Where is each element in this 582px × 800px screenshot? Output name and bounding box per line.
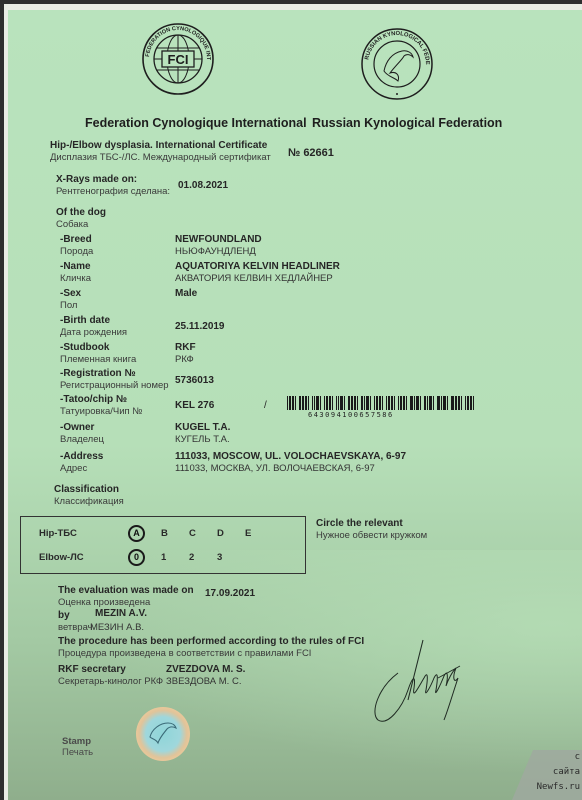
circle-note-ru: Нужное обвести кружком (316, 530, 427, 542)
evaluation-label-en: The evaluation was made on (58, 585, 194, 597)
breed-value: NEWFOUNDLANDНЬЮФАУНДЛЕНД (175, 234, 262, 258)
tattoo-value: KEL 276 (175, 400, 214, 412)
circle-note-en: Circle the relevant (316, 518, 403, 530)
signature-icon (368, 638, 478, 728)
procedure-ru: Процедура произведена в соответствии с п… (58, 648, 311, 660)
classification-label-en: Classification (54, 484, 119, 496)
classification-box: Hip-ТБС Elbow-ЛС ABCDE0123 (20, 516, 306, 574)
xrays-label-ru: Рентгенография сделана: (56, 186, 170, 198)
vet-name-ru: МЕЗИН А.В. (90, 622, 144, 634)
secretary-name-en: ZVEZDOVA M. S. (166, 664, 245, 676)
fci-name: Federation Cynologique International (85, 116, 307, 130)
studbook-label: -StudbookПлеменная книга (60, 342, 136, 366)
studbook-value: RKFРКФ (175, 342, 196, 366)
evaluation-date: 17.09.2021 (205, 588, 255, 600)
name-label: -NameКличка (60, 261, 91, 285)
secretary-label-en: RKF secretary (58, 664, 126, 676)
registration-value: 5736013 (175, 375, 214, 387)
chip-number: 643094100657586 (308, 411, 394, 419)
chip-barcode-icon (287, 396, 477, 410)
xrays-label-en: X-Rays made on: (56, 174, 137, 186)
by-label-en: by (58, 610, 70, 622)
secretary-name-ru: ЗВЕЗДОВА М. С. (166, 676, 241, 688)
hip-grade-d: D (217, 528, 224, 539)
hip-grade-a: A (128, 525, 145, 542)
birth-date-value: 25.11.2019 (175, 321, 225, 333)
certificate-title-ru: Дисплазия ТБС-/ЛС. Международный сертифи… (50, 152, 271, 164)
name-value: AQUATORIYA KELVIN HEADLINERАКВАТОРИЯ КЕЛ… (175, 261, 340, 285)
hip-label: Hip-ТБС (39, 528, 77, 539)
elbow-grade-0: 0 (128, 549, 145, 566)
hologram-stamp-icon (136, 707, 190, 761)
by-label-ru: ветврач (58, 622, 93, 634)
address-value: 111033, MOSCOW, UL. VOLOCHAEVSKAYA, 6-97… (175, 451, 406, 475)
owner-value: KUGEL T.A.КУГЕЛЬ Т.А. (175, 422, 230, 446)
hip-grade-c: C (189, 528, 196, 539)
rkf-logo-icon: RUSSIAN KYNOLOGICAL FEDERATION (360, 27, 434, 101)
watermark-line-2: сайта (553, 767, 580, 777)
owner-label: -OwnerВладелец (60, 422, 104, 446)
dog-section-ru: Собака (56, 219, 88, 231)
hip-grade-e: E (245, 528, 251, 539)
secretary-label-ru: Секретарь-кинолог РКФ (58, 676, 163, 688)
elbow-label: Elbow-ЛС (39, 552, 84, 563)
tattoo-chip-label: -Tatoo/chip №Татуировка/Чип № (60, 394, 142, 418)
fci-logo-icon: FCI FEDERATION CYNOLOGIQUE INTERNATIONAL… (141, 22, 215, 96)
watermark-line-1: с (575, 752, 580, 762)
vet-name-en: MEZIN A.V. (95, 608, 147, 620)
procedure-en: The procedure has been performed accordi… (58, 636, 364, 648)
sex-label: -SexПол (60, 288, 81, 312)
xrays-date: 01.08.2021 (178, 180, 228, 192)
chip-separator: / (264, 400, 267, 412)
registration-label: -Registration №Регистрационный номер (60, 368, 169, 392)
certificate-number: № 62661 (288, 147, 334, 159)
elbow-grade-2: 2 (189, 552, 194, 563)
hip-grade-b: B (161, 528, 168, 539)
certificate-title-en: Hip-/Elbow dysplasia. International Cert… (50, 140, 267, 152)
elbow-grade-1: 1 (161, 552, 166, 563)
breed-label: -BreedПорода (60, 234, 93, 258)
classification-label-ru: Классификация (54, 496, 124, 508)
watermark-line-3: Newfs.ru (537, 782, 580, 792)
certificate-sheet: FCI FEDERATION CYNOLOGIQUE INTERNATIONAL… (8, 10, 582, 800)
svg-text:FCI: FCI (168, 52, 189, 67)
sex-value: Male (175, 288, 197, 300)
address-label: -AddressАдрес (60, 451, 103, 475)
rkf-name: Russian Kynological Federation (312, 116, 502, 130)
birth-date-label: -Birth dateДата рождения (60, 315, 127, 339)
stamp-label-ru: Печать (62, 747, 93, 759)
elbow-grade-3: 3 (217, 552, 222, 563)
dog-section-en: Of the dog (56, 207, 106, 219)
